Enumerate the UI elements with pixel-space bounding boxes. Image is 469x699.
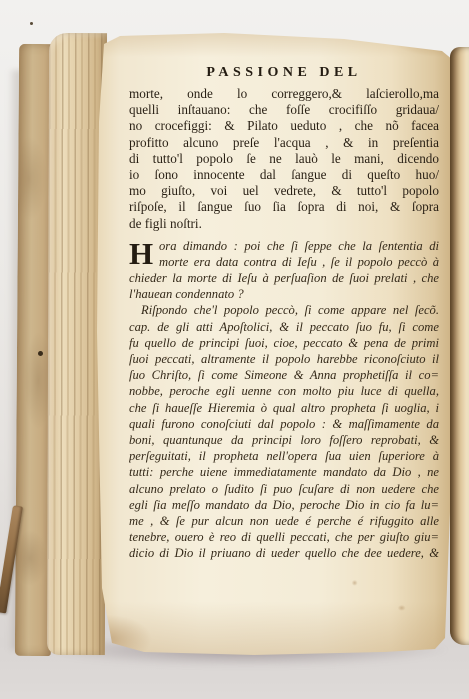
- text-line: nobbe, peroche egli uenne con molto piu …: [129, 383, 439, 399]
- drop-cap-H: H: [129, 239, 155, 269]
- text-line: mo giuſto, voi uel vedrete, & tutto'l po…: [129, 183, 439, 199]
- text-line: boni, quantunque da principi loro foſſer…: [129, 432, 439, 448]
- text-line: Riſpondo che'l popolo peccò, ſi come app…: [129, 302, 439, 318]
- text-line: quali furono conoſciuti dal popolo : & m…: [129, 416, 439, 432]
- text-line: ſuoi peccati, altramente il popolo hareb…: [129, 351, 439, 367]
- text-line: cap. de gli atti Apoſtolici, & il peccat…: [129, 319, 439, 335]
- text-line: chieder la morte di Ieſu à perſuaſion de…: [129, 270, 439, 286]
- wormhole-dot: [38, 351, 43, 356]
- text-line: perſeguitati, il propheta nell'opera ſua…: [129, 448, 439, 464]
- text-line: alcuno prelato o ſudito ſi puo ſcuſare d…: [129, 481, 439, 497]
- paragraph-narrative: morte, onde lo correggero,& laſcierollo,…: [129, 86, 439, 232]
- text-line: tutti: perche uiene immediatamente manda…: [129, 464, 439, 480]
- speck-dot: [30, 22, 33, 25]
- text-line: io ſono innocente dal ſangue di queſto h…: [129, 167, 439, 183]
- text-line: che ſi haueſſe Hieremia ò qual altro pro…: [129, 400, 439, 416]
- text-line: no crocefiggi: & Pilato ueduto , che nõ …: [129, 118, 439, 134]
- text-line: profitto alcuno preſe l'acqua , & in pre…: [129, 135, 439, 151]
- running-header: PASSIONE DEL: [129, 64, 439, 82]
- paragraph-question: H ora dimando : poi che ſi ſeppe che la …: [129, 238, 439, 303]
- text-line: di tutto'l popolo ſe ne lauò le mani, di…: [129, 151, 439, 167]
- text-line: dicio di Dio il priuano di ueder quello …: [129, 545, 439, 561]
- paragraph-answer: Riſpondo che'l popolo peccò, ſi come app…: [129, 302, 439, 561]
- text-line: egli ſia meſſo mandato da Dio, peroche D…: [129, 497, 439, 513]
- text-line: ora dimando : poi che ſi ſeppe che la ſe…: [129, 238, 439, 254]
- text-line: riſpoſe, il ſangue ſuo ſia ſopra di noi,…: [129, 199, 439, 215]
- book-photo: PASSIONE DEL morte, onde lo correggero,&…: [0, 0, 469, 699]
- text-line: ſuo Chriſto, ſi come Simeone & Anna prop…: [129, 367, 439, 383]
- text-line: quelli inſtauano: che foſſe crocifiſſo g…: [129, 102, 439, 118]
- text-line: l'hauean condennato ?: [129, 286, 439, 302]
- text-line: morte, onde lo correggero,& laſcierollo,…: [129, 86, 439, 102]
- text-line: tenebre, ouero è reo di quelli peccati, …: [129, 529, 439, 545]
- text-line: fu quello de principi ſuoi, cioe, peccat…: [129, 335, 439, 351]
- text-line: morte era data contra di Ieſu , ſe il po…: [129, 254, 439, 270]
- page-text-block: PASSIONE DEL morte, onde lo correggero,&…: [129, 64, 439, 561]
- facing-page-sliver: [450, 47, 469, 645]
- text-line: de figli noſtri.: [129, 216, 439, 232]
- text-line: me , & ſe pur alcun non uede é perche é …: [129, 513, 439, 529]
